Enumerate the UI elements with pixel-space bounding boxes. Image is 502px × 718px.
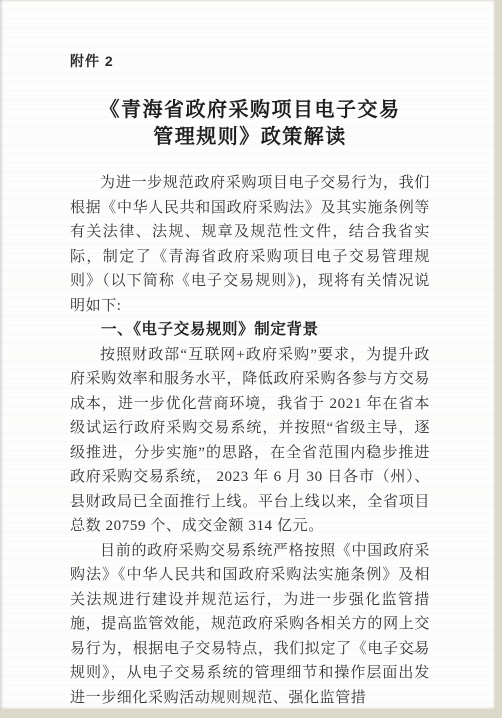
scanned-document-page: 附件 2 《青海省政府采购项目电子交易 管理规则》政策解读 为进一步规范政府采购…	[0, 0, 502, 718]
background-paragraph-2: 目前的政府采购交易系统严格按照《中国政府采购法》《中华人民共和国政府采购法实施条…	[70, 539, 430, 711]
document-body: 为进一步规范政府采购项目电子交易行为，我们根据《中华人民共和国政府采购法》及其实…	[70, 171, 430, 710]
intro-paragraph: 为进一步规范政府采购项目电子交易行为，我们根据《中华人民共和国政府采购法》及其实…	[70, 171, 430, 318]
attachment-label: 附件 2	[70, 52, 430, 71]
page-content: 附件 2 《青海省政府采购项目电子交易 管理规则》政策解读 为进一步规范政府采购…	[70, 52, 430, 710]
document-title: 《青海省政府采购项目电子交易 管理规则》政策解读	[70, 97, 430, 151]
document-title-line2: 管理规则》政策解读	[153, 126, 347, 148]
page-number: — 1 —	[386, 646, 423, 657]
section-1-heading: 一、《电子交易规则》制定背景	[70, 318, 430, 343]
background-paragraph-1: 按照财政部“互联网+政府采购”要求，为提升政府采购效率和服务水平，降低政府采购各…	[70, 343, 430, 539]
document-title-line1: 《青海省政府采购项目电子交易	[100, 99, 401, 121]
